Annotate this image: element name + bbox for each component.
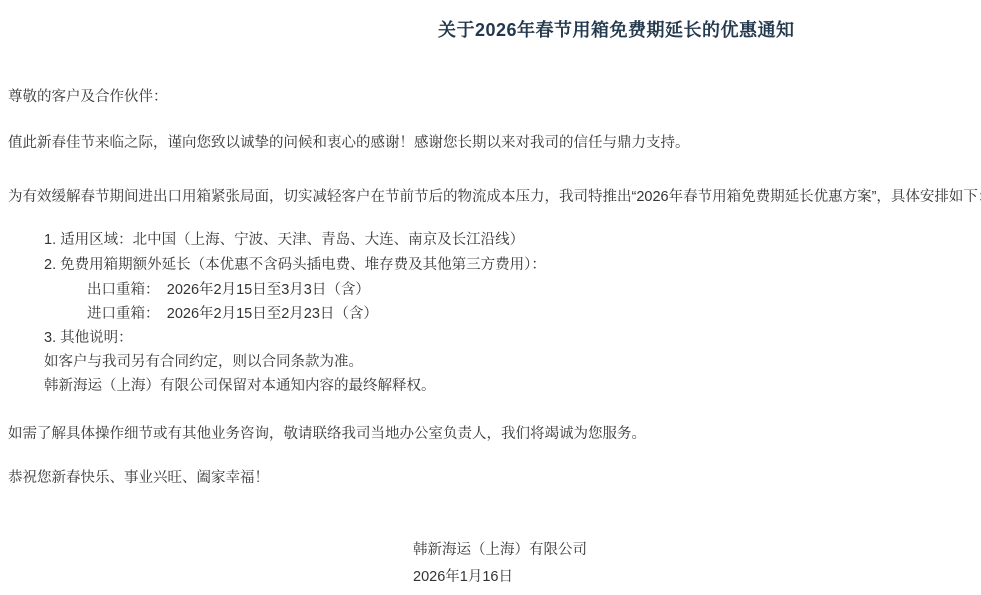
- notice-title: 关于2026年春节用箱免费期延长的优惠通知: [438, 16, 795, 42]
- wishes-paragraph: 恭祝您新春快乐、事业兴旺、阖家幸福！: [8, 470, 269, 487]
- greeting-paragraph: 值此新春佳节来临之际，谨向您致以诚挚的问候和衷心的感谢！感谢您长期以来对我司的信…: [8, 135, 690, 152]
- list-item-free-period-extension: 2. 免费用箱期额外延长（本优惠不含码头插电费、堆存费及其他第三方费用）：: [44, 257, 546, 274]
- contact-paragraph: 如需了解具体操作细节或有其他业务咨询，敬请联络我司当地办公室负责人，我们将竭诚为…: [8, 426, 646, 443]
- signature-date: 2026年1月16日: [413, 569, 513, 586]
- salutation-line: 尊敬的客户及合作伙伴：: [8, 89, 168, 106]
- note-final-interpretation: 韩新海运（上海）有限公司保留对本通知内容的最终解释权。: [44, 378, 436, 395]
- list-item-applicable-region: 1. 适用区域：北中国（上海、宁波、天津、青岛、大连、南京及长江沿线）: [44, 232, 524, 249]
- notice-document: 关于2026年春节用箱免费期延长的优惠通知 尊敬的客户及合作伙伴： 值此新春佳节…: [0, 0, 981, 595]
- signature-company: 韩新海运（上海）有限公司: [413, 542, 587, 559]
- note-contract-priority: 如客户与我司另有合同约定，则以合同条款为准。: [44, 354, 363, 371]
- import-container-period: 进口重箱： 2026年2月15日至2月23日（含）: [87, 306, 378, 323]
- plan-intro-paragraph: 为有效缓解春节期间进出口用箱紧张局面，切实减轻客户在节前节后的物流成本压力，我司…: [8, 189, 981, 206]
- list-item-other-notes: 3. 其他说明：: [44, 330, 133, 347]
- export-container-period: 出口重箱： 2026年2月15日至3月3日（含）: [87, 282, 370, 299]
